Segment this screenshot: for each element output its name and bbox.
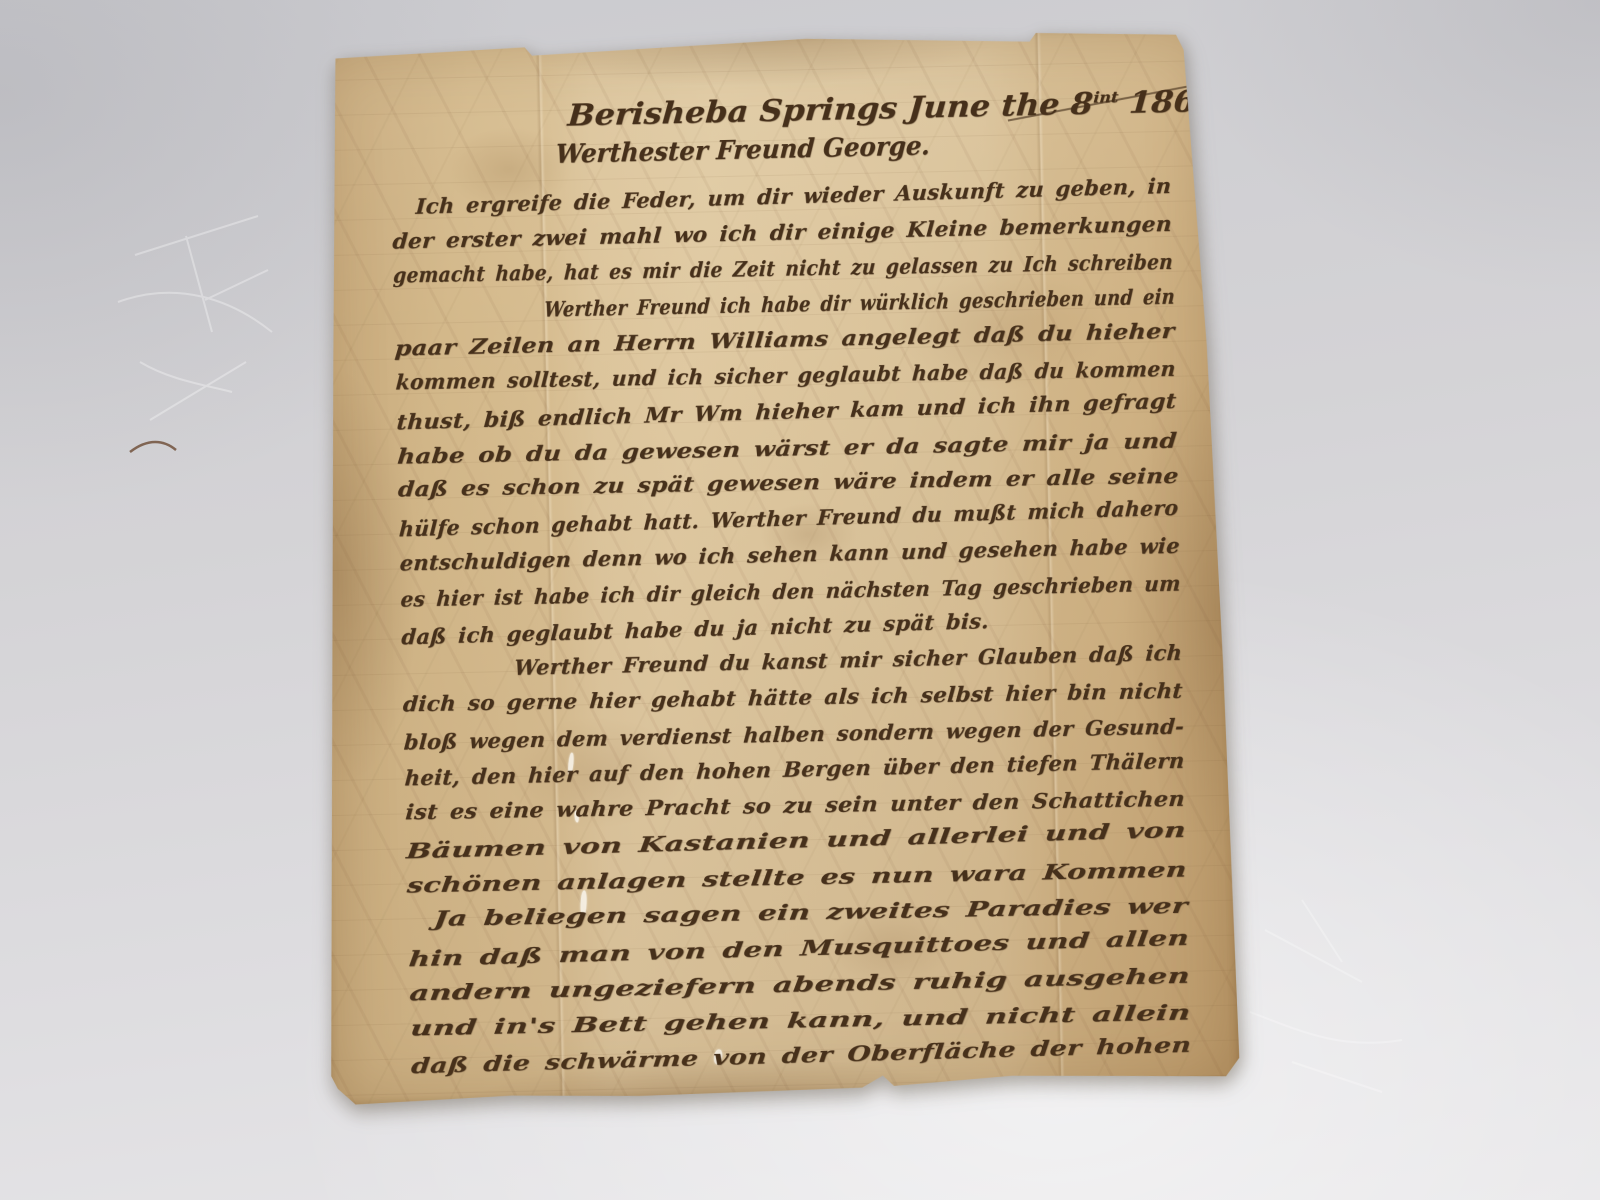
photo-of-letter: { "colors": { "desk": "#d4d3d6", "paper_…: [0, 0, 1600, 1200]
letter-body: Ich ergreife die Feder, um dir wieder Au…: [391, 170, 1191, 1082]
scratch-mark: [1250, 1012, 1402, 1043]
letter-salutation-text: Werthester Freund George.: [555, 131, 931, 170]
hair-fiber: [130, 442, 176, 452]
letter-paper: Berisheba Springs June the 8int 1860 Wer…: [306, 26, 1240, 1108]
scratch-mark: [1292, 1062, 1382, 1092]
dateline-date: June the 8: [907, 87, 1094, 126]
scratch-mark: [1265, 930, 1362, 982]
scratch-mark: [140, 362, 232, 392]
scratch-mark: [150, 362, 246, 420]
scratch-mark: [135, 216, 258, 255]
scratch-mark: [205, 270, 268, 300]
dateline-superscript: int: [1093, 88, 1119, 107]
scratch-mark: [118, 293, 272, 332]
scratch-mark: [1302, 900, 1342, 962]
letter-paper-wrapper: Berisheba Springs June the 8int 1860 Wer…: [306, 26, 1240, 1108]
dateline-place: Berisheba Springs: [566, 91, 898, 134]
letter-text: Berisheba Springs June the 8int 1860 Wer…: [389, 85, 1191, 1082]
dateline-year: 1860: [1128, 84, 1219, 121]
scratch-mark: [186, 236, 212, 332]
